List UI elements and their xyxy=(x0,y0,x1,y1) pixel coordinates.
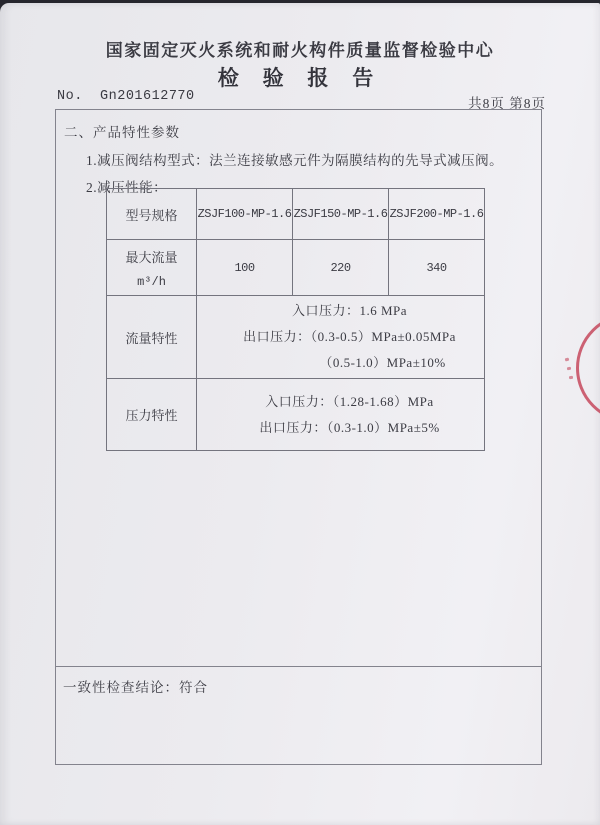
table-row-flow-characteristic: 流量特性 入口压力：1.6 MPa 出口压力：（0.3-0.5）MPa±0.05… xyxy=(107,296,485,379)
content-border-box: 二、产品特性参数 1.减压阀结构型式：法兰连接敏感元件为隔膜结构的先导式减压阀。… xyxy=(55,109,542,765)
flowchar-line-2: 出口压力：（0.3-0.5）MPa±0.05MPa xyxy=(197,324,484,350)
section-heading: 二、产品特性参数 xyxy=(64,121,180,141)
document-page: 国家固定灭火系统和耐火构件质量监督检验中心 检 验 报 告 No. Gn2016… xyxy=(0,3,600,825)
conformity-conclusion: 一致性检查结论：符合 xyxy=(63,676,208,696)
flowchar-line-1: 入口压力：1.6 MPa xyxy=(197,298,484,324)
spec-table: 型号规格 ZSJF100-MP-1.6 ZSJF150-MP-1.6 ZSJF2… xyxy=(106,188,485,451)
flow-label-text: 最大流量 xyxy=(107,247,196,266)
cell-model-2: ZSJF150-MP-1.6 xyxy=(293,189,389,240)
presschar-line-2: 出口压力：（0.3-1.0）MPa±5% xyxy=(197,415,484,441)
table-row-model: 型号规格 ZSJF100-MP-1.6 ZSJF150-MP-1.6 ZSJF2… xyxy=(107,189,485,240)
cell-presschar-value: 入口压力：（1.28-1.68）MPa 出口压力：（0.3-1.0）MPa±5% xyxy=(197,379,485,451)
flow-unit-text: m³/h xyxy=(107,275,196,289)
presschar-line-1: 入口压力：（1.28-1.68）MPa xyxy=(197,389,484,415)
cell-flow-1: 100 xyxy=(197,240,293,296)
cell-flow-label: 最大流量 m³/h xyxy=(107,240,197,296)
section-divider xyxy=(55,666,542,667)
red-seal-text-mark xyxy=(565,358,570,362)
report-number-value: Gn201612770 xyxy=(100,89,195,104)
table-row-max-flow: 最大流量 m³/h 100 220 340 xyxy=(107,240,485,296)
report-number-label: No. xyxy=(57,89,83,104)
red-seal-text-mark xyxy=(567,367,571,371)
scan-background: 国家固定灭火系统和耐火构件质量监督检验中心 检 验 报 告 No. Gn2016… xyxy=(0,0,600,825)
cell-flow-3: 340 xyxy=(389,240,485,296)
red-seal-stamp-fragment xyxy=(576,313,600,423)
red-seal-text-mark xyxy=(569,376,573,379)
cell-model-3: ZSJF200-MP-1.6 xyxy=(389,189,485,240)
structure-type-line: 1.减压阀结构型式：法兰连接敏感元件为隔膜结构的先导式减压阀。 xyxy=(86,149,503,169)
cell-model-1: ZSJF100-MP-1.6 xyxy=(197,189,293,240)
report-title: 检 验 报 告 xyxy=(0,62,600,92)
cell-presschar-label: 压力特性 xyxy=(107,379,197,451)
cell-flowchar-label: 流量特性 xyxy=(107,296,197,379)
flowchar-line-3: （0.5-1.0）MPa±10% xyxy=(197,350,484,376)
cell-flowchar-value: 入口压力：1.6 MPa 出口压力：（0.3-0.5）MPa±0.05MPa （… xyxy=(197,296,485,379)
report-number: No. Gn201612770 xyxy=(57,89,195,104)
header-organization: 国家固定灭火系统和耐火构件质量监督检验中心 xyxy=(0,36,600,61)
table-row-pressure-characteristic: 压力特性 入口压力：（1.28-1.68）MPa 出口压力：（0.3-1.0）M… xyxy=(107,379,485,451)
cell-model-label: 型号规格 xyxy=(107,189,197,240)
cell-flow-2: 220 xyxy=(293,240,389,296)
